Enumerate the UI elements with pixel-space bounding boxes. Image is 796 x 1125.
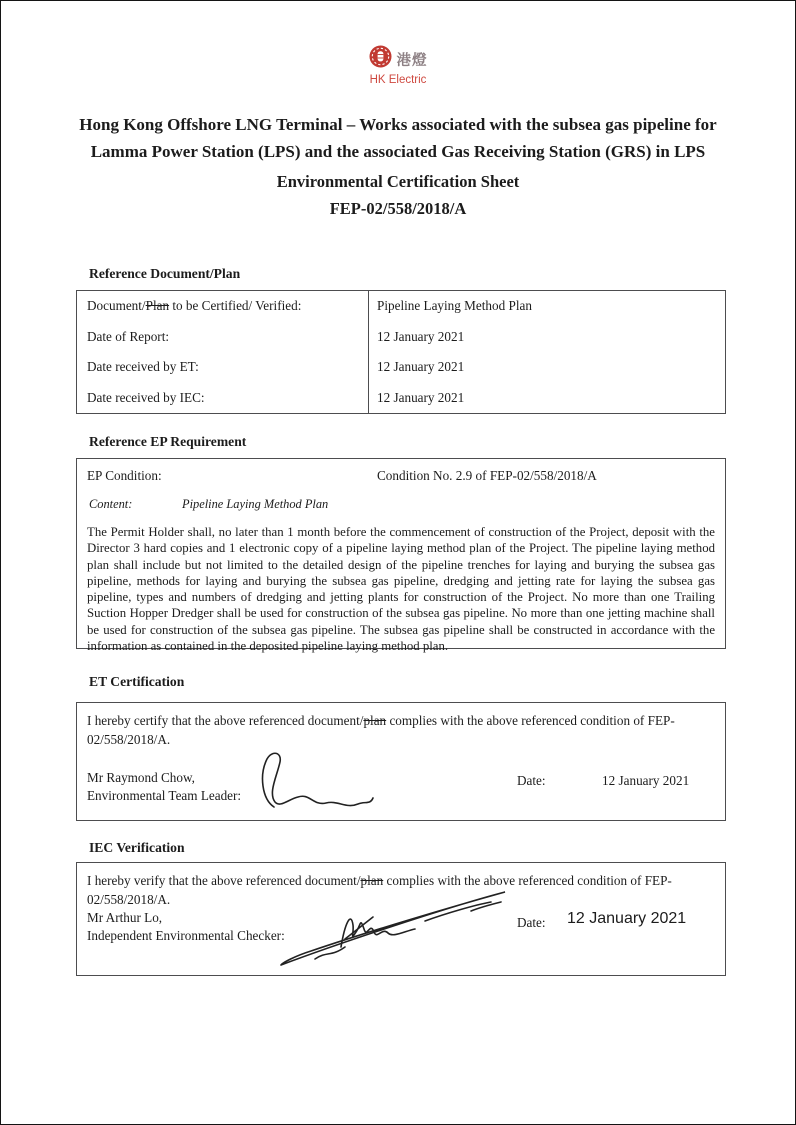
ep-condition-label: EP Condition: (87, 468, 162, 483)
et-certification-heading: ET Certification (89, 674, 184, 690)
reference-document-heading: Reference Document/Plan (89, 266, 240, 282)
ep-condition-body-text: The Permit Holder shall, no later than 1… (87, 524, 715, 654)
ep-requirement-heading: Reference EP Requirement (89, 434, 246, 450)
ep-content-row: Content: Pipeline Laying Method Plan (77, 484, 725, 512)
date-of-report-value: 12 January 2021 (368, 322, 725, 353)
table-row: Date received by IEC: 12 January 2021 (77, 383, 725, 414)
struck-plan-text: Plan (146, 298, 169, 313)
table-row: Date of Report: 12 January 2021 (77, 322, 725, 353)
et-certification-statement: I hereby certify that the above referenc… (77, 703, 725, 749)
iec-date-label: Date: (517, 915, 546, 931)
date-received-iec-value: 12 January 2021 (368, 383, 725, 414)
et-signatory-name: Mr Raymond Chow, (87, 769, 241, 787)
et-date-value: 12 January 2021 (602, 773, 689, 789)
document-title-block: Hong Kong Offshore LNG Terminal – Works … (71, 111, 725, 222)
iec-signatory-block: Mr Arthur Lo, Independent Environmental … (87, 909, 285, 945)
iec-signatory-name: Mr Arthur Lo, (87, 909, 285, 927)
date-received-iec-label: Date received by IEC: (77, 390, 368, 406)
logo-english-text: HK Electric (370, 74, 427, 86)
struck-plan-text: plan (363, 713, 386, 728)
document-subtitle: Environmental Certification Sheet (71, 169, 725, 195)
certification-sheet-page: 港燈 HK Electric Hong Kong Offshore LNG Te… (0, 0, 796, 1125)
document-title: Hong Kong Offshore LNG Terminal – Works … (71, 111, 725, 165)
ep-content-label: Content: (89, 497, 132, 511)
document-to-be-certified-value: Pipeline Laying Method Plan (368, 291, 725, 322)
table-row: Date received by ET: 12 January 2021 (77, 352, 725, 383)
permit-number: FEP-02/558/2018/A (71, 196, 725, 222)
ep-condition-value: Condition No. 2.9 of FEP-02/558/2018/A (377, 468, 597, 484)
date-of-report-label: Date of Report: (77, 329, 368, 345)
logo-chinese-text: 港燈 (397, 49, 428, 70)
ep-requirement-box: EP Condition: Condition No. 2.9 of FEP-0… (76, 458, 726, 649)
et-certification-box: I hereby certify that the above referenc… (76, 702, 726, 821)
reference-document-table: Document/Plan to be Certified/ Verified:… (76, 290, 726, 414)
iec-verification-box: I hereby verify that the above reference… (76, 862, 726, 976)
ep-condition-row: EP Condition: Condition No. 2.9 of FEP-0… (77, 459, 725, 484)
iec-signature (275, 879, 515, 978)
et-date-label: Date: (517, 773, 546, 789)
iec-signatory-title: Independent Environmental Checker: (87, 927, 285, 945)
hk-electric-emblem-icon (369, 45, 392, 73)
et-signatory-title: Environmental Team Leader: (87, 787, 241, 805)
et-signature (252, 747, 392, 821)
date-received-et-label: Date received by ET: (77, 359, 368, 375)
date-received-et-value: 12 January 2021 (368, 352, 725, 383)
iec-date-value: 12 January 2021 (567, 910, 686, 928)
et-signatory-block: Mr Raymond Chow, Environmental Team Lead… (87, 769, 241, 805)
table-row: Document/Plan to be Certified/ Verified:… (77, 291, 725, 322)
hk-electric-logo: 港燈 HK Electric (1, 45, 795, 86)
iec-verification-heading: IEC Verification (89, 840, 185, 856)
document-to-be-certified-label: Document/Plan to be Certified/ Verified: (77, 298, 368, 314)
ep-content-value: Pipeline Laying Method Plan (182, 497, 328, 512)
